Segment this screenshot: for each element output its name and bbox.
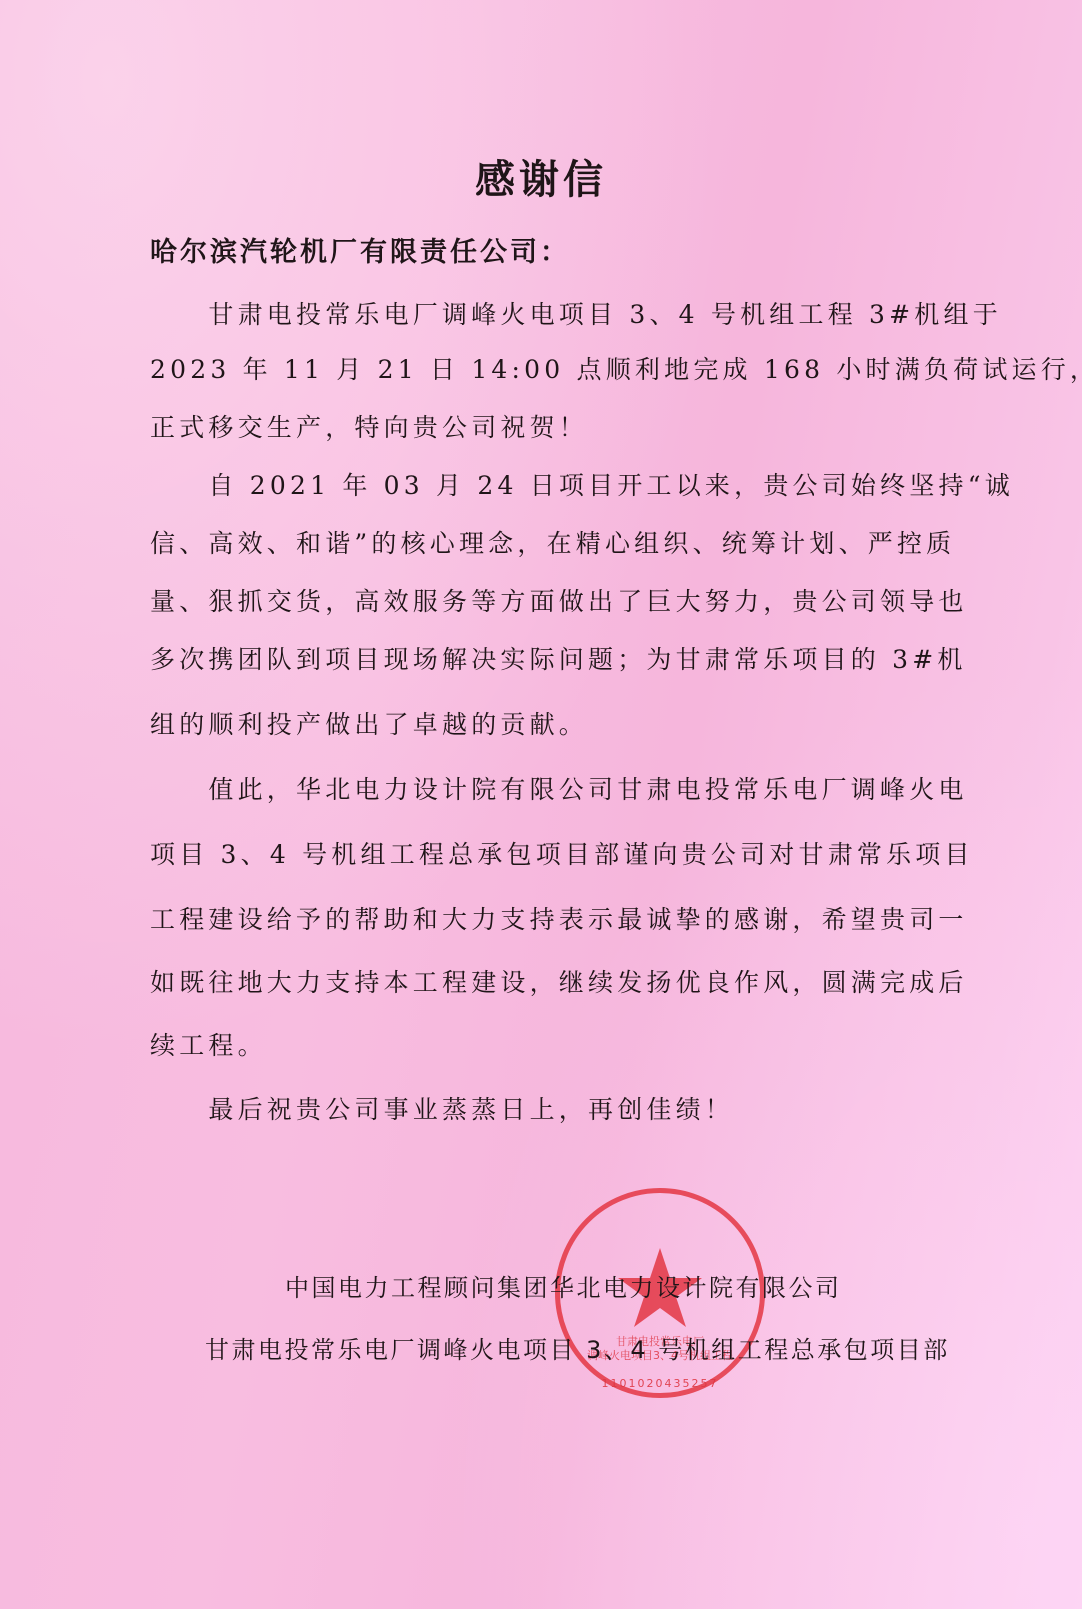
letter-title: 感谢信	[0, 148, 1082, 205]
signature-organization: 中国电力工程顾问集团华北电力设计院有限公司	[285, 1268, 842, 1303]
body-line: 甘肃电投常乐电厂调峰火电项目 3、4 号机组工程 3#机组于	[150, 295, 1002, 331]
body-line: 组的顺利投产做出了卓越的贡献。	[150, 705, 588, 741]
body-line: 最后祝贵公司事业蒸蒸日上，再创佳绩！	[150, 1090, 734, 1126]
body-line: 项目 3、4 号机组工程总承包项目部谨向贵公司对甘肃常乐项目	[150, 835, 974, 871]
salutation: 哈尔滨汽轮机厂有限责任公司：	[150, 230, 570, 269]
body-line: 值此，华北电力设计院有限公司甘肃电投常乐电厂调峰火电	[150, 770, 968, 806]
body-line: 多次携团队到项目现场解决实际问题；为甘肃常乐项目的 3#机	[150, 640, 967, 676]
seal-number: 1101020435257	[560, 1377, 760, 1390]
body-line: 续工程。	[150, 1026, 267, 1062]
signature-department: 甘肃电投常乐电厂调峰火电项目 3、4 号机组工程总承包项目部	[205, 1330, 950, 1365]
thank-you-letter: 感谢信 哈尔滨汽轮机厂有限责任公司： 甘肃电投常乐电厂调峰火电项目 3、4 号机…	[0, 0, 1082, 1609]
body-line: 工程建设给予的帮助和大力支持表示最诚挚的感谢，希望贵司一	[150, 900, 968, 936]
body-line: 正式移交生产，特向贵公司祝贺！	[150, 408, 588, 444]
body-line: 2023 年 11 月 21 日 14:00 点顺利地完成 168 小时满负荷试…	[150, 350, 1082, 386]
body-line: 如既往地大力支持本工程建设，继续发扬优良作风，圆满完成后	[150, 963, 968, 999]
body-line: 量、狠抓交货，高效服务等方面做出了巨大努力，贵公司领导也	[150, 582, 968, 618]
body-line: 自 2021 年 03 月 24 日项目开工以来，贵公司始终坚持“诚	[150, 466, 1014, 502]
body-line: 信、高效、和谐”的核心理念，在精心组织、统筹计划、严控质	[150, 524, 955, 560]
